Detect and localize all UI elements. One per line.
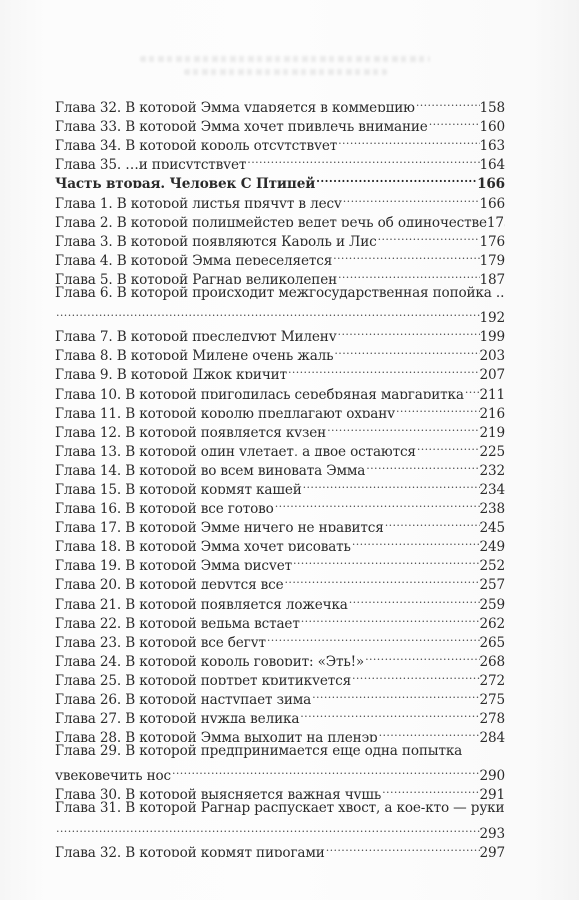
toc-entry-page-number: 179 <box>480 252 506 265</box>
toc-entry: Глава 24. В которой король говорит: «Эть… <box>55 647 505 666</box>
toc-entry-page-number: 284 <box>480 729 506 742</box>
toc-entry-title: Глава 1. В которой листья прячут в лесу <box>55 195 342 208</box>
toc-entry-page-number: 166 <box>477 175 505 188</box>
dot-leader <box>300 609 480 628</box>
toc-entry-page-number: 192 <box>480 309 506 322</box>
toc-entry-page-number: 290 <box>480 767 506 780</box>
dot-leader <box>311 685 479 704</box>
toc-entry: Глава 3. В которой появляются Кароль и Л… <box>55 227 505 246</box>
toc-entry-title: Глава 14. В которой во всем виновата Эмм… <box>55 462 365 475</box>
dot-leader <box>274 494 480 513</box>
dot-leader <box>302 475 480 494</box>
toc-entry: Глава 4. В которой Эмма переселяется179 <box>55 246 505 265</box>
dot-leader <box>326 418 479 437</box>
dot-leader <box>342 188 480 207</box>
toc-entry-page-number: 164 <box>480 156 506 169</box>
toc-entry: Глава 12. В которой появляется кузен219 <box>55 418 505 437</box>
toc-entry: Глава 29. В которой предпринимается еще … <box>55 742 505 761</box>
dot-leader <box>384 513 480 532</box>
dot-leader <box>364 647 479 666</box>
toc-entry: Часть вторая. Человек С Птицей166 <box>55 169 505 188</box>
dot-leader <box>246 150 479 169</box>
toc-entry: Глава 27. В которой нужда велика278 <box>55 704 505 723</box>
toc-entry-title: Глава 6. В которой происходит межгосудар… <box>55 284 505 303</box>
toc-entry-page-number: 257 <box>480 576 506 589</box>
toc-entry-title: Глава 3. В которой появляются Кароль и Л… <box>55 233 377 246</box>
toc-entry-page-number: 173 <box>487 214 505 227</box>
dot-leader <box>377 227 480 246</box>
toc-entry: Глава 32. В которой Эмма ударяется в ком… <box>55 93 505 112</box>
dot-leader <box>333 341 479 360</box>
dot-leader <box>315 169 477 188</box>
toc-entry: Глава 28. В которой Эмма выходит на плен… <box>55 723 505 742</box>
toc-entry-title: Глава 22. В которой ведьма встает <box>55 615 300 628</box>
toc-entry: Глава 10. В которой пригодилась серебрян… <box>55 379 505 398</box>
dot-leader <box>428 112 480 131</box>
dot-leader <box>415 93 480 112</box>
dot-leader <box>381 780 479 799</box>
toc-entry-title: Глава 7. В которой преследуют Милену <box>55 328 337 341</box>
dot-leader <box>55 819 480 838</box>
dot-leader <box>337 265 479 284</box>
toc-entry: Глава 14. В которой во всем виновата Эмм… <box>55 456 505 475</box>
toc-entry: Глава 6. В которой происходит межгосудар… <box>55 284 505 303</box>
toc-entry: Глава 18. В которой Эмма хочет рисовать2… <box>55 532 505 551</box>
toc-entry: Глава 8. В которой Милене очень жаль203 <box>55 341 505 360</box>
toc-entry: Глава 34. В которой король отсутствует16… <box>55 131 505 150</box>
toc-entry-title: Глава 27. В которой нужда велика <box>55 710 299 723</box>
dot-leader <box>351 666 479 685</box>
toc-entry-title: Глава 24. В которой король говорит: «Эть… <box>55 653 364 666</box>
toc-entry-page-number: 158 <box>480 99 506 112</box>
toc-entry-page-number: 207 <box>480 366 506 379</box>
toc-entry-title: Глава 33. В которой Эмма хочет привлечь … <box>55 118 428 131</box>
dot-leader <box>171 761 480 780</box>
toc-entry-page-number: 272 <box>480 672 506 685</box>
toc-entry-page-number: 225 <box>480 443 506 456</box>
dot-leader <box>325 838 480 857</box>
toc-entry: Глава 26. В которой наступает зима275 <box>55 685 505 704</box>
toc-entry-page-number: 163 <box>480 137 506 150</box>
toc-entry-title: Глава 23. В которой все бегут <box>55 634 266 647</box>
toc-entry-page-number: 232 <box>480 462 506 475</box>
toc-entry: Глава 35. …и присутствует164 <box>55 150 505 169</box>
toc-entry-title: Глава 34. В которой король отсутствует <box>55 137 337 150</box>
toc-entry-page-number: 245 <box>480 519 506 532</box>
toc-entry-page-number: 216 <box>480 405 506 418</box>
toc-entry-page-number: 187 <box>480 271 506 284</box>
toc-entry-title: Глава 26. В которой наступает зима <box>55 691 311 704</box>
toc-entry-page-number: 166 <box>480 195 506 208</box>
toc-entry-page-number: 199 <box>480 328 506 341</box>
toc-entry-title: Глава 15. В которой кормят кашей <box>55 481 302 494</box>
toc-entry-title: Глава 11. В которой королю предлагают ох… <box>55 405 395 418</box>
book-page: Глава 32. В которой Эмма ударяется в ком… <box>0 0 579 900</box>
toc-entry: 293 <box>55 819 505 838</box>
toc-entry: Глава 11. В которой королю предлагают ох… <box>55 399 505 418</box>
toc-entry-page-number: 291 <box>480 786 506 799</box>
toc-entry-title: Глава 29. В которой предпринимается еще … <box>55 742 462 761</box>
toc-entry-title: Глава 12. В которой появляется кузен <box>55 424 326 437</box>
toc-entry-title: Глава 25. В которой портрет критикуется <box>55 672 351 685</box>
dot-leader <box>55 303 480 322</box>
toc-entry-page-number: 219 <box>480 424 506 437</box>
dot-leader <box>299 704 479 723</box>
toc-entry-page-number: 278 <box>480 710 506 723</box>
toc-entry-page-number: 259 <box>480 596 506 609</box>
toc-entry-page-number: 275 <box>480 691 506 704</box>
toc-entry-title: Часть вторая. Человек С Птицей <box>55 175 315 188</box>
toc-entry-title: Глава 18. В которой Эмма хочет рисовать <box>55 538 351 551</box>
dot-leader <box>284 570 480 589</box>
table-of-contents: Глава 32. В которой Эмма ударяется в ком… <box>55 93 505 857</box>
toc-entry: Глава 31. В которой Рагнар распускает хв… <box>55 799 505 818</box>
toc-entry: Глава 17. В которой Эмме ничего не нрави… <box>55 513 505 532</box>
toc-entry: Глава 30. В которой выясняется важная чу… <box>55 780 505 799</box>
toc-entry-title: Глава 8. В которой Милене очень жаль <box>55 347 333 360</box>
dot-leader <box>365 456 479 475</box>
toc-entry-page-number: 265 <box>480 634 506 647</box>
toc-entry-title: Глава 28. В которой Эмма выходит на плен… <box>55 729 378 742</box>
toc-entry: Глава 20. В которой дерутся все257 <box>55 570 505 589</box>
toc-entry-page-number: 203 <box>480 347 506 360</box>
toc-entry-title: Глава 5. В которой Рагнар великолепен <box>55 271 337 284</box>
dot-leader <box>348 589 480 608</box>
toc-entry-title: Глава 2. В которой полицмейстер ведет ре… <box>55 214 487 227</box>
toc-entry-page-number: 211 <box>480 386 506 399</box>
dot-leader <box>337 322 480 341</box>
toc-entry-title: Глава 17. В которой Эмме ничего не нрави… <box>55 519 384 532</box>
toc-entry-page-number: 293 <box>480 825 506 838</box>
dot-leader <box>351 532 480 551</box>
dot-leader <box>464 379 480 398</box>
dot-leader <box>332 246 479 265</box>
toc-entry: Глава 1. В которой листья прячут в лесу1… <box>55 188 505 207</box>
toc-entry: Глава 15. В которой кормят кашей234 <box>55 475 505 494</box>
toc-entry-title: Глава 16. В которой все готово <box>55 500 274 513</box>
toc-entry: Глава 2. В которой полицмейстер ведет ре… <box>55 208 505 227</box>
toc-entry-page-number: 176 <box>480 233 506 246</box>
toc-entry-title: Глава 21. В которой появляется ложечка <box>55 596 348 609</box>
toc-entry: Глава 21. В которой появляется ложечка25… <box>55 589 505 608</box>
toc-entry-title: Глава 32. В которой Эмма ударяется в ком… <box>55 99 415 112</box>
toc-entry: Глава 19. В которой Эмма рисует252 <box>55 551 505 570</box>
dot-leader <box>395 399 479 418</box>
toc-entry: Глава 32. В которой кормят пирогами297 <box>55 838 505 857</box>
toc-entry-title: Глава 35. …и присутствует <box>55 156 246 169</box>
toc-entry: Глава 23. В которой все бегут265 <box>55 628 505 647</box>
dot-leader <box>337 131 479 150</box>
dot-leader <box>416 437 480 456</box>
toc-entry: Глава 7. В которой преследуют Милену199 <box>55 322 505 341</box>
toc-entry: 192 <box>55 303 505 322</box>
toc-entry-title: Глава 32. В которой кормят пирогами <box>55 844 325 857</box>
toc-entry: увековечить нос290 <box>55 761 505 780</box>
toc-entry-page-number: 160 <box>480 118 506 131</box>
toc-entry-page-number: 234 <box>480 481 506 494</box>
toc-entry: Глава 16. В которой все готово238 <box>55 494 505 513</box>
toc-entry-page-number: 252 <box>480 557 506 570</box>
dot-leader <box>287 360 480 379</box>
toc-entry: Глава 22. В которой ведьма встает262 <box>55 609 505 628</box>
toc-entry-title: Глава 9. В которой Джок кричит <box>55 366 287 379</box>
dot-leader <box>266 628 480 647</box>
toc-entry-title: Глава 31. В которой Рагнар распускает хв… <box>55 799 505 818</box>
dot-leader <box>292 551 480 570</box>
toc-entry-title: Глава 30. В которой выясняется важная чу… <box>55 786 381 799</box>
toc-entry-title: увековечить нос <box>55 767 171 780</box>
toc-entry-title: Глава 19. В которой Эмма рисует <box>55 557 292 570</box>
toc-entry-title: Глава 13. В которой один улетает, а двое… <box>55 443 416 456</box>
toc-entry-page-number: 268 <box>480 653 506 666</box>
toc-entry-title: Глава 4. В которой Эмма переселяется <box>55 252 332 265</box>
toc-entry-page-number: 249 <box>480 538 506 551</box>
bleed-through-text <box>140 56 430 90</box>
toc-entry-page-number: 297 <box>480 844 506 857</box>
toc-entry: Глава 25. В которой портрет критикуется2… <box>55 666 505 685</box>
toc-entry-title: Глава 10. В которой пригодилась серебрян… <box>55 386 464 399</box>
toc-entry-page-number: 262 <box>480 615 506 628</box>
toc-entry-page-number: 238 <box>480 500 506 513</box>
dot-leader <box>378 723 480 742</box>
toc-entry: Глава 5. В которой Рагнар великолепен187 <box>55 265 505 284</box>
toc-entry: Глава 33. В которой Эмма хочет привлечь … <box>55 112 505 131</box>
toc-entry: Глава 13. В которой один улетает, а двое… <box>55 437 505 456</box>
toc-entry-title: Глава 20. В которой дерутся все <box>55 576 284 589</box>
toc-entry: Глава 9. В которой Джок кричит207 <box>55 360 505 379</box>
